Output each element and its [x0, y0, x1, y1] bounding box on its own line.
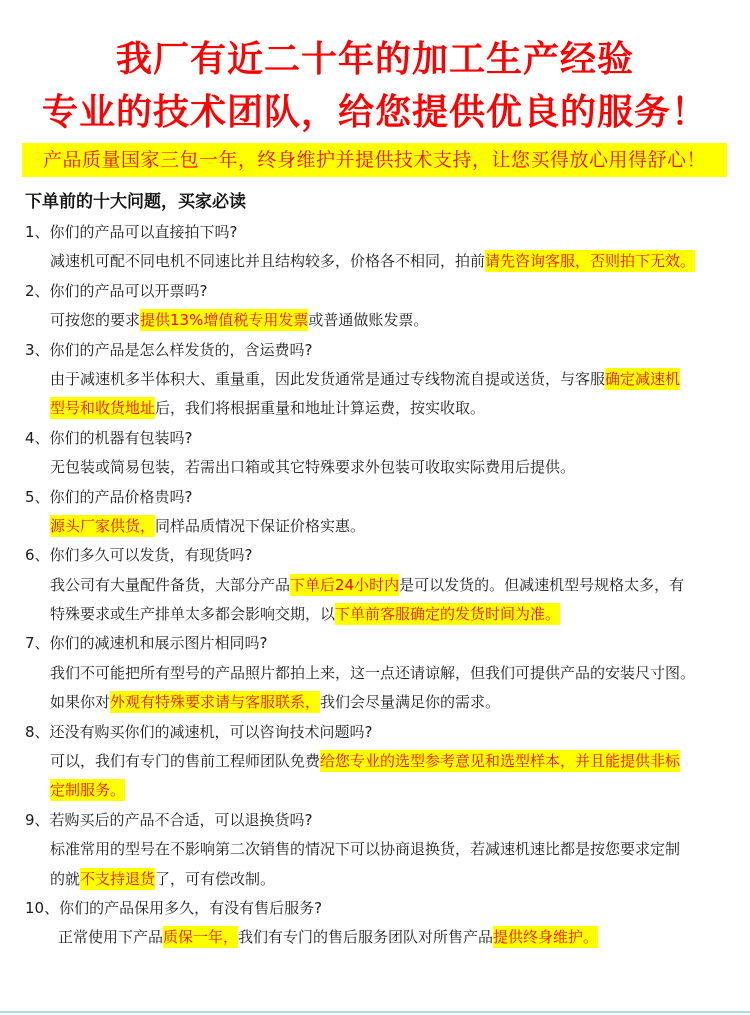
faq-answer-line: 型号和收货地址后，我们将根据重量和地址计算运费，按实收取。: [25, 394, 740, 423]
faq-question: 8、还没有购买你们的减速机，可以咨询技术问题吗?: [25, 718, 740, 747]
answer-text: 我们会尽量满足你的需求。: [320, 693, 500, 711]
answer-text: 无包装或简易包装，若需出口箱或其它特殊要求外包装可收取实际费用后提供。: [50, 458, 575, 476]
headline-service: 专业的技术团队，给您提供优良的服务！: [0, 91, 750, 135]
faq-answer-line: 的就不支持退货了，可有偿改制。: [25, 865, 740, 894]
answer-text: 我们有专门的售后服务团队对所售产品: [238, 928, 493, 946]
answer-text: 我们不可能把所有型号的产品照片都拍上来，这一点还请谅解，但我们可提供产品的安装尺…: [50, 664, 695, 682]
faq-question: 5、你们的产品价格贵吗?: [25, 483, 740, 512]
answer-text: 了，可有偿改制。: [155, 870, 275, 888]
highlighted-text: 定制服务。: [50, 779, 125, 801]
faq-answer-line: 源头厂家供货，同样品质情况下保证价格实惠。: [25, 512, 740, 541]
highlighted-text: 确定减速机: [605, 368, 680, 390]
answer-text: 后，我们将根据重量和地址计算运费，按实收取。: [155, 399, 485, 417]
faq-answer-line: 可按您的要求提供13%增值税专用发票或普通做账发票。: [25, 306, 740, 335]
faq-question: 7、你们的减速机和展示图片相同吗?: [25, 629, 740, 658]
answer-text: 特殊要求或生产排单太多都会影响交期，以: [50, 605, 335, 623]
faq-question: 4、你们的机器有包装吗?: [25, 424, 740, 453]
highlighted-text: 提供13%增值税专用发票: [140, 309, 308, 331]
faq-question: 9、若购买后的产品不合适，可以退换货吗?: [25, 806, 740, 835]
answer-text: 是可以发货的。但减速机型号规格太多，有: [399, 576, 684, 594]
highlighted-text: 给您专业的选型参考意见和选型样本，并且能提供非标: [320, 750, 680, 772]
faq-list: 1、你们的产品可以直接拍下吗?减速机可配不同电机不同速比并且结构较多，价格各不相…: [25, 218, 740, 953]
answer-text: 同样品质情况下保证价格实惠。: [155, 517, 365, 535]
answer-text: 的就: [50, 870, 80, 888]
faq-answer-line: 如果你对外观有特殊要求请与客服联系，我们会尽量满足你的需求。: [25, 688, 740, 717]
highlighted-text: 型号和收货地址: [50, 397, 155, 419]
faq-answer-line: 可以，我们有专门的售前工程师团队免费给您专业的选型参考意见和选型样本，并且能提供…: [25, 747, 740, 776]
highlighted-text: 下单后24小时内: [290, 574, 399, 596]
faq-answer-line: 我们不可能把所有型号的产品照片都拍上来，这一点还请谅解，但我们可提供产品的安装尺…: [25, 659, 740, 688]
highlighted-text: 下单前客服确定的发货时间为准。: [335, 603, 560, 625]
highlighted-text: 不支持退货: [80, 868, 155, 890]
answer-text: 正常使用下产品: [58, 928, 163, 946]
faq-answer-line: 减速机可配不同电机不同速比并且结构较多，价格各不相同，拍前请先咨询客服，否则拍下…: [25, 247, 740, 276]
answer-text: 可按您的要求: [50, 311, 140, 329]
headline-experience: 我厂有近二十年的加工生产经验: [0, 38, 750, 82]
answer-text: 如果你对: [50, 693, 110, 711]
faq-question: 2、你们的产品可以开票吗?: [25, 277, 740, 306]
answer-text: 或普通做账发票。: [308, 311, 428, 329]
faq-question: 10、你们的产品保用多久，有没有售后服务?: [25, 894, 740, 923]
faq-answer-line: 正常使用下产品质保一年，我们有专门的售后服务团队对所售产品提供终身维护。: [25, 923, 740, 952]
warranty-banner: 产品质量国家三包一年，终身维护并提供技术支持，让您买得放心用得舒心！: [22, 143, 727, 177]
faq-question: 1、你们的产品可以直接拍下吗?: [25, 218, 740, 247]
answer-text: 由于减速机多半体积大、重量重，因此发货通常是通过专线物流自提或送货，与客服: [50, 370, 605, 388]
highlighted-text: 质保一年，: [163, 926, 238, 948]
faq-question: 6、你们多久可以发货，有现货吗?: [25, 541, 740, 570]
answer-text: 我公司有大量配件备货，大部分产品: [50, 576, 290, 594]
faq-answer-line: 特殊要求或生产排单太多都会影响交期，以下单前客服确定的发货时间为准。: [25, 600, 740, 629]
answer-text: 减速机可配不同电机不同速比并且结构较多，价格各不相同，拍前: [50, 252, 485, 270]
highlighted-text: 源头厂家供货，: [50, 515, 155, 537]
bottom-divider: [0, 1011, 750, 1013]
faq-answer-line: 由于减速机多半体积大、重量重，因此发货通常是通过专线物流自提或送货，与客服确定减…: [25, 365, 740, 394]
faq-question: 3、你们的产品是怎么样发货的，含运费吗?: [25, 336, 740, 365]
faq-answer-line: 我公司有大量配件备货，大部分产品下单后24小时内是可以发货的。但减速机型号规格太…: [25, 571, 740, 600]
faq-answer-line: 无包装或简易包装，若需出口箱或其它特殊要求外包装可收取实际费用后提供。: [25, 453, 740, 482]
faq-answer-line: 标准常用的型号在不影响第二次销售的情况下可以协商退换货，若减速机速比都是按您要求…: [25, 835, 740, 864]
highlighted-text: 外观有特殊要求请与客服联系，: [110, 691, 320, 713]
answer-text: 可以，我们有专门的售前工程师团队免费: [50, 752, 320, 770]
answer-text: 标准常用的型号在不影响第二次销售的情况下可以协商退换货，若减速机速比都是按您要求…: [50, 840, 680, 858]
highlighted-text: 请先咨询客服，否则拍下无效。: [485, 250, 695, 272]
highlighted-text: 提供终身维护。: [493, 926, 598, 948]
faq-answer-line: 定制服务。: [25, 776, 740, 805]
faq-title: 下单前的十大问题，买家必读: [25, 190, 246, 214]
